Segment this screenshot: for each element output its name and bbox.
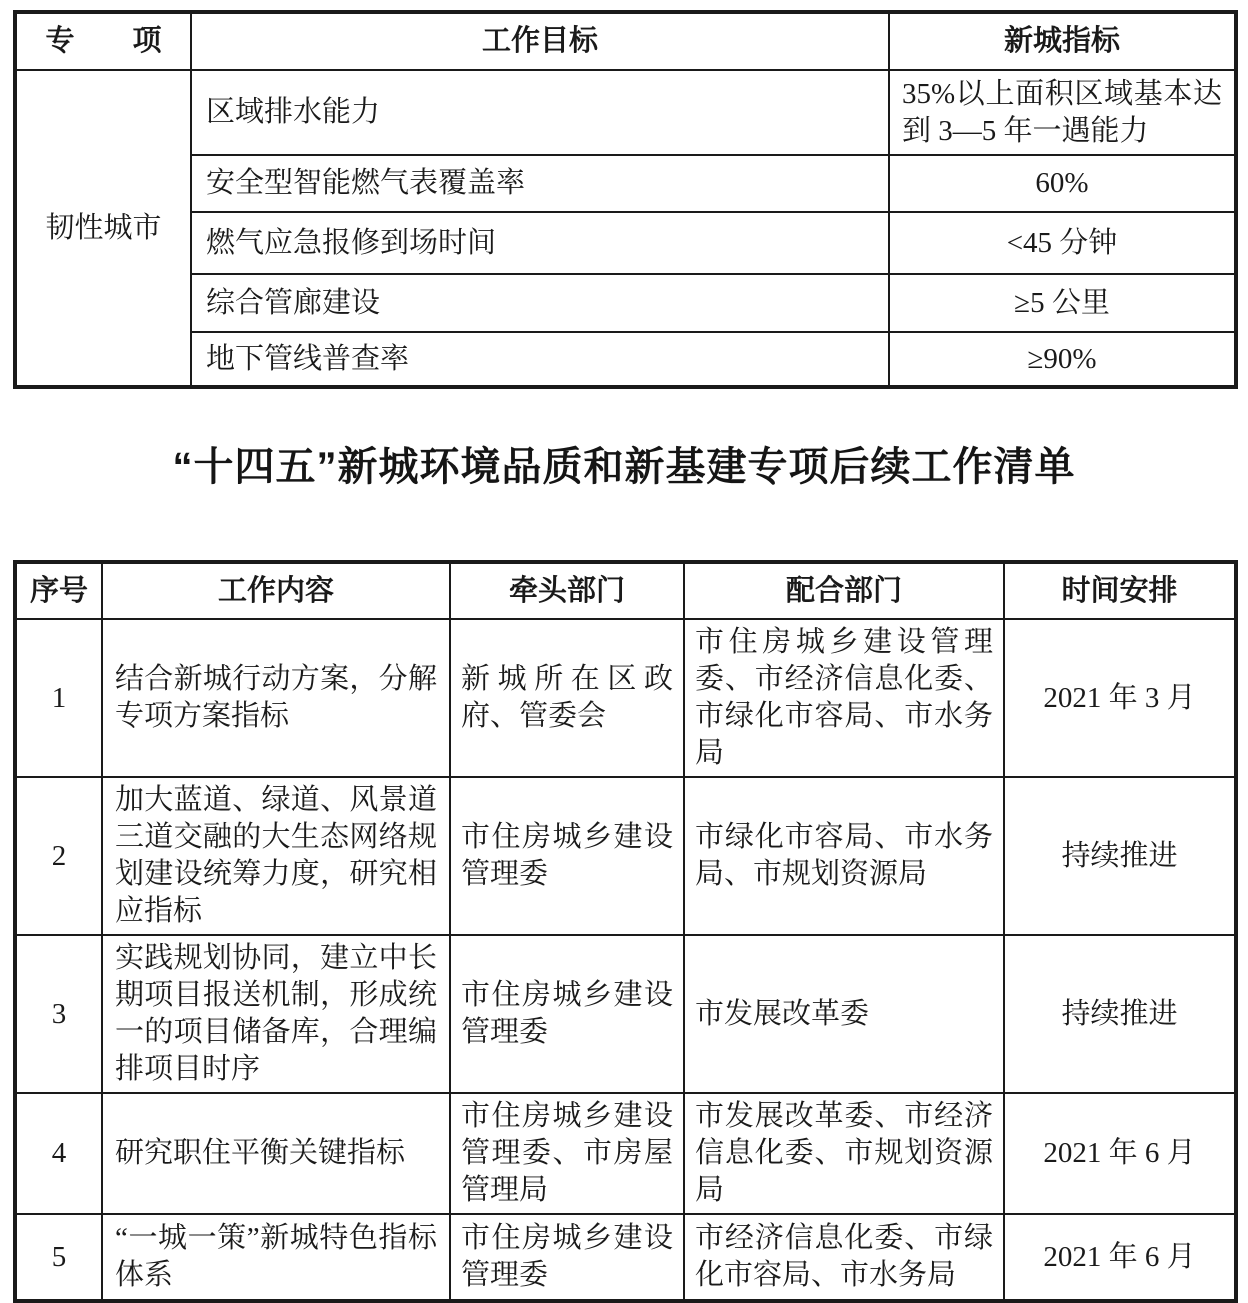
t1-goal-smart-gas-meter: 安全型智能燃气表覆盖率	[191, 155, 889, 212]
t2-row5-schedule: 2021 年 6 月	[1004, 1214, 1236, 1301]
table-row: 综合管廊建设 ≥5 公里	[15, 274, 1236, 332]
t2-row4-number: 4	[15, 1093, 102, 1214]
t1-category-resilient-city: 韧性城市	[15, 70, 191, 387]
t1-header-row: 专 项 工作目标 新城指标	[15, 12, 1236, 70]
table-row: 4 研究职住平衡关键指标 市住房城乡建设管理委、市房屋管理局 市发展改革委、市经…	[15, 1093, 1236, 1214]
t2-header-serial-number: 序号	[15, 562, 102, 619]
t1-goal-underground-pipeline-survey: 地下管线普查率	[191, 332, 889, 387]
table-row: 燃气应急报修到场时间 <45 分钟	[15, 212, 1236, 274]
table-row: 韧性城市 区域排水能力 35%以上面积区域基本达到 3—5 年一遇能力	[15, 70, 1236, 155]
t2-row5-number: 5	[15, 1214, 102, 1301]
t1-goal-drainage: 区域排水能力	[191, 70, 889, 155]
indicators-table: 专 项 工作目标 新城指标 韧性城市 区域排水能力 35%以上面积区域基本达到 …	[13, 10, 1238, 389]
t1-goal-gas-repair-time: 燃气应急报修到场时间	[191, 212, 889, 274]
t2-row3-support: 市发展改革委	[684, 935, 1004, 1093]
table-row: 1 结合新城行动方案，分解专项方案指标 新城所在区政府、管委会 市住房城乡建设管…	[15, 619, 1236, 777]
t2-row2-lead: 市住房城乡建设管理委	[450, 777, 684, 935]
t1-indicator-smart-gas-meter: 60%	[889, 155, 1236, 212]
t2-row3-content: 实践规划协同，建立中长期项目报送机制，形成统一的项目储备库，合理编排项目时序	[102, 935, 450, 1093]
t1-indicator-utility-tunnel: ≥5 公里	[889, 274, 1236, 332]
t2-header-work-content: 工作内容	[102, 562, 450, 619]
table-row: 安全型智能燃气表覆盖率 60%	[15, 155, 1236, 212]
t2-row3-number: 3	[15, 935, 102, 1093]
t2-row5-content: “一城一策”新城特色指标体系	[102, 1214, 450, 1301]
t1-indicator-drainage: 35%以上面积区域基本达到 3—5 年一遇能力	[889, 70, 1236, 155]
table-row: 3 实践规划协同，建立中长期项目报送机制，形成统一的项目储备库，合理编排项目时序…	[15, 935, 1236, 1093]
t2-row1-number: 1	[15, 619, 102, 777]
t2-row1-lead: 新城所在区政府、管委会	[450, 619, 684, 777]
t2-row3-lead: 市住房城乡建设管理委	[450, 935, 684, 1093]
t2-row1-support: 市住房城乡建设管理委、市经济信息化委、市绿化市容局、市水务局	[684, 619, 1004, 777]
t1-header-special-project: 专 项	[15, 12, 191, 70]
t1-header-work-goal: 工作目标	[191, 12, 889, 70]
t2-row2-number: 2	[15, 777, 102, 935]
t2-header-row: 序号 工作内容 牵头部门 配合部门 时间安排	[15, 562, 1236, 619]
t1-indicator-underground-pipeline-survey: ≥90%	[889, 332, 1236, 387]
t1-indicator-gas-repair-time: <45 分钟	[889, 212, 1236, 274]
t2-row1-content: 结合新城行动方案，分解专项方案指标	[102, 619, 450, 777]
t2-row4-content: 研究职住平衡关键指标	[102, 1093, 450, 1214]
t2-row1-schedule: 2021 年 3 月	[1004, 619, 1236, 777]
t2-header-schedule: 时间安排	[1004, 562, 1236, 619]
t2-row5-lead: 市住房城乡建设管理委	[450, 1214, 684, 1301]
table-row: 地下管线普查率 ≥90%	[15, 332, 1236, 387]
t2-row2-content: 加大蓝道、绿道、风景道三道交融的大生态网络规划建设统筹力度，研究相应指标	[102, 777, 450, 935]
t1-header-newcity-indicator: 新城指标	[889, 12, 1236, 70]
t2-row4-support: 市发展改革委、市经济信息化委、市规划资源局	[684, 1093, 1004, 1214]
t2-row3-schedule: 持续推进	[1004, 935, 1236, 1093]
t2-row2-schedule: 持续推进	[1004, 777, 1236, 935]
t2-header-support-department: 配合部门	[684, 562, 1004, 619]
table-row: 5 “一城一策”新城特色指标体系 市住房城乡建设管理委 市经济信息化委、市绿化市…	[15, 1214, 1236, 1301]
table-row: 2 加大蓝道、绿道、风景道三道交融的大生态网络规划建设统筹力度，研究相应指标 市…	[15, 777, 1236, 935]
t2-row5-support: 市经济信息化委、市绿化市容局、市水务局	[684, 1214, 1004, 1301]
t2-row2-support: 市绿化市容局、市水务局、市规划资源局	[684, 777, 1004, 935]
followup-worklist-table: 序号 工作内容 牵头部门 配合部门 时间安排 1 结合新城行动方案，分解专项方案…	[13, 560, 1238, 1303]
page-title: “十四五”新城环境品质和新基建专项后续工作清单	[0, 442, 1248, 492]
t2-row4-schedule: 2021 年 6 月	[1004, 1093, 1236, 1214]
t2-header-lead-department: 牵头部门	[450, 562, 684, 619]
t1-goal-utility-tunnel: 综合管廊建设	[191, 274, 889, 332]
t2-row4-lead: 市住房城乡建设管理委、市房屋管理局	[450, 1093, 684, 1214]
